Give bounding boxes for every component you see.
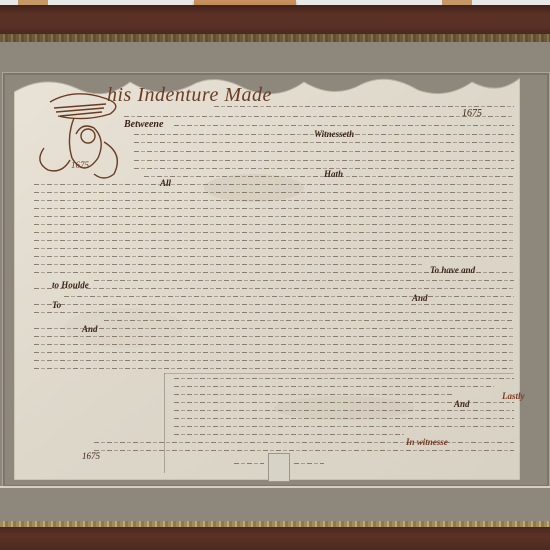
gilt-trim-top bbox=[0, 34, 550, 42]
keyword-all: All bbox=[160, 178, 171, 188]
keyword-hath: Hath bbox=[324, 169, 343, 179]
bottom-year: 1675 bbox=[82, 451, 100, 461]
mat-bevel-bottom bbox=[0, 486, 550, 488]
keyword-and-1: And bbox=[412, 293, 428, 303]
document-text-layer: his Indenture Made 1675 1675 Betweene Wi… bbox=[14, 78, 520, 480]
keyword-to: To bbox=[52, 300, 61, 310]
keyword-betweene: Betweene bbox=[124, 119, 163, 130]
initial-date: 1675 bbox=[71, 160, 89, 170]
seal-tab bbox=[268, 453, 290, 482]
indenture-document: his Indenture Made 1675 1675 Betweene Wi… bbox=[14, 78, 520, 480]
document-title: his Indenture Made bbox=[107, 84, 272, 107]
keyword-lastly: Lastly bbox=[502, 391, 525, 401]
header-year: 1675 bbox=[462, 108, 482, 119]
keyword-to-have-and: To have and bbox=[430, 265, 475, 275]
frame-top-rail bbox=[0, 5, 550, 35]
keyword-and-2: And bbox=[82, 324, 98, 334]
fold-crease-horizontal bbox=[164, 373, 514, 374]
frame-bottom-rail bbox=[0, 527, 550, 550]
fold-crease-vertical bbox=[164, 373, 165, 473]
keyword-and-3: And bbox=[454, 399, 470, 409]
